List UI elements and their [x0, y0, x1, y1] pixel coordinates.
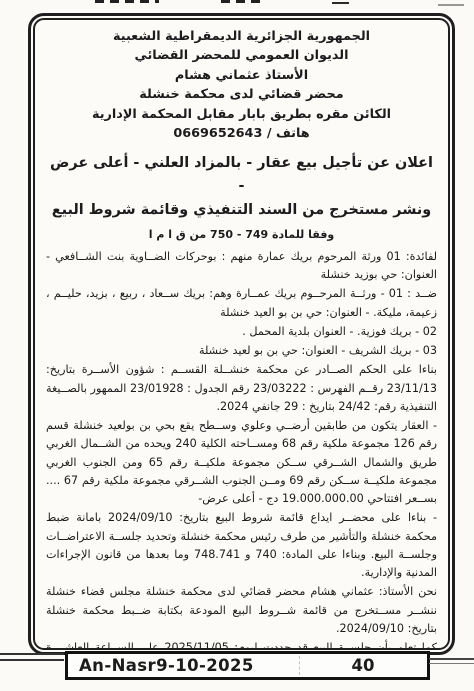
notice-content: الجمهورية الجزائرية الديمقراطية الشعبية … [46, 27, 437, 650]
scan-artifact-bar-left [0, 653, 64, 661]
notice-title-line2: ونشر مستخرج من السند التنفيذي وقائمة شرو… [46, 199, 437, 223]
beneficiary-paragraph: لفائدة: 01 ورثة المرحوم بريك عمارة منهم … [46, 248, 437, 285]
legal-article-reference: وفقا للمادة 749 - 750 من ق ا م ا [46, 228, 437, 241]
property-description-paragraph: - العقار يتكون من طابقين أرضــي وعلوي وس… [46, 417, 437, 508]
against-heirs-paragraph: ضــد : 01 - ورثــة المرحــوم بريك عمــار… [46, 285, 437, 322]
republic-title: الجمهورية الجزائرية الديمقراطية الشعبية [46, 27, 437, 46]
notice-inner-border: الجمهورية الجزائرية الديمقراطية الشعبية … [33, 18, 450, 650]
scan-artifact-top-left [95, 0, 159, 3]
notice-outer-border: الجمهورية الجزائرية الديمقراطية الشعبية … [28, 13, 455, 655]
office-title: الديوان العمومي للمحضر القضائي [46, 46, 437, 65]
notice-title: اعلان عن تأجيل بيع عقار - بالمزاد العلني… [46, 152, 437, 223]
footer-divider [299, 656, 300, 675]
defendant-2-line: 02 - بريك فوزية. - العنوان بلدية المحمل … [46, 323, 437, 341]
newspaper-footer-bar: An-Nasr9-10-2025 40 [65, 651, 430, 680]
scanned-legal-notice: الجمهورية الجزائرية الديمقراطية الشعبية … [0, 0, 474, 691]
scan-artifact-top-right [332, 2, 349, 4]
office-address: الكائن مقره بطريق بابار مقابل المحكمة ال… [46, 105, 437, 124]
notice-title-line1: اعلان عن تأجيل بيع عقار - بالمزاد العلني… [46, 152, 437, 200]
publication-statement-paragraph: نحن الأستاذ: عثماني هشام محضر قضائي لدى … [46, 583, 437, 638]
bailiff-name: الأستاذ عثماني هشام [46, 66, 437, 85]
deposit-conditions-paragraph: - بناءا على محضــر ايداع قائمة شروط البي… [46, 509, 437, 582]
page-number: 40 [308, 656, 418, 675]
scan-artifact-top-corner [438, 4, 464, 6]
notice-body: لفائدة: 01 ورثة المرحوم بريك عمارة منهم … [46, 248, 437, 650]
judgment-reference-paragraph: بناءا على الحكم الصــادر عن محكمة خنشــل… [46, 361, 437, 416]
phone-line: هاتف / 0669652643 [46, 124, 437, 143]
newspaper-name-date: An-Nasr9-10-2025 [68, 656, 254, 675]
bailiff-role: محضر قضائي لدى محكمة خنشلة [46, 85, 437, 104]
scan-artifact-top-middle [221, 0, 261, 3]
scan-artifact-bar-right [429, 658, 474, 664]
defendant-3-line: 03 - بريك الشريف - العنوان: حي بن بو لعي… [46, 342, 437, 360]
sale-session-date-paragraph: كما تعلم بأن جلســة البيع قد حددت ليوم: … [46, 639, 437, 650]
issuer-header: الجمهورية الجزائرية الديمقراطية الشعبية … [46, 27, 437, 144]
